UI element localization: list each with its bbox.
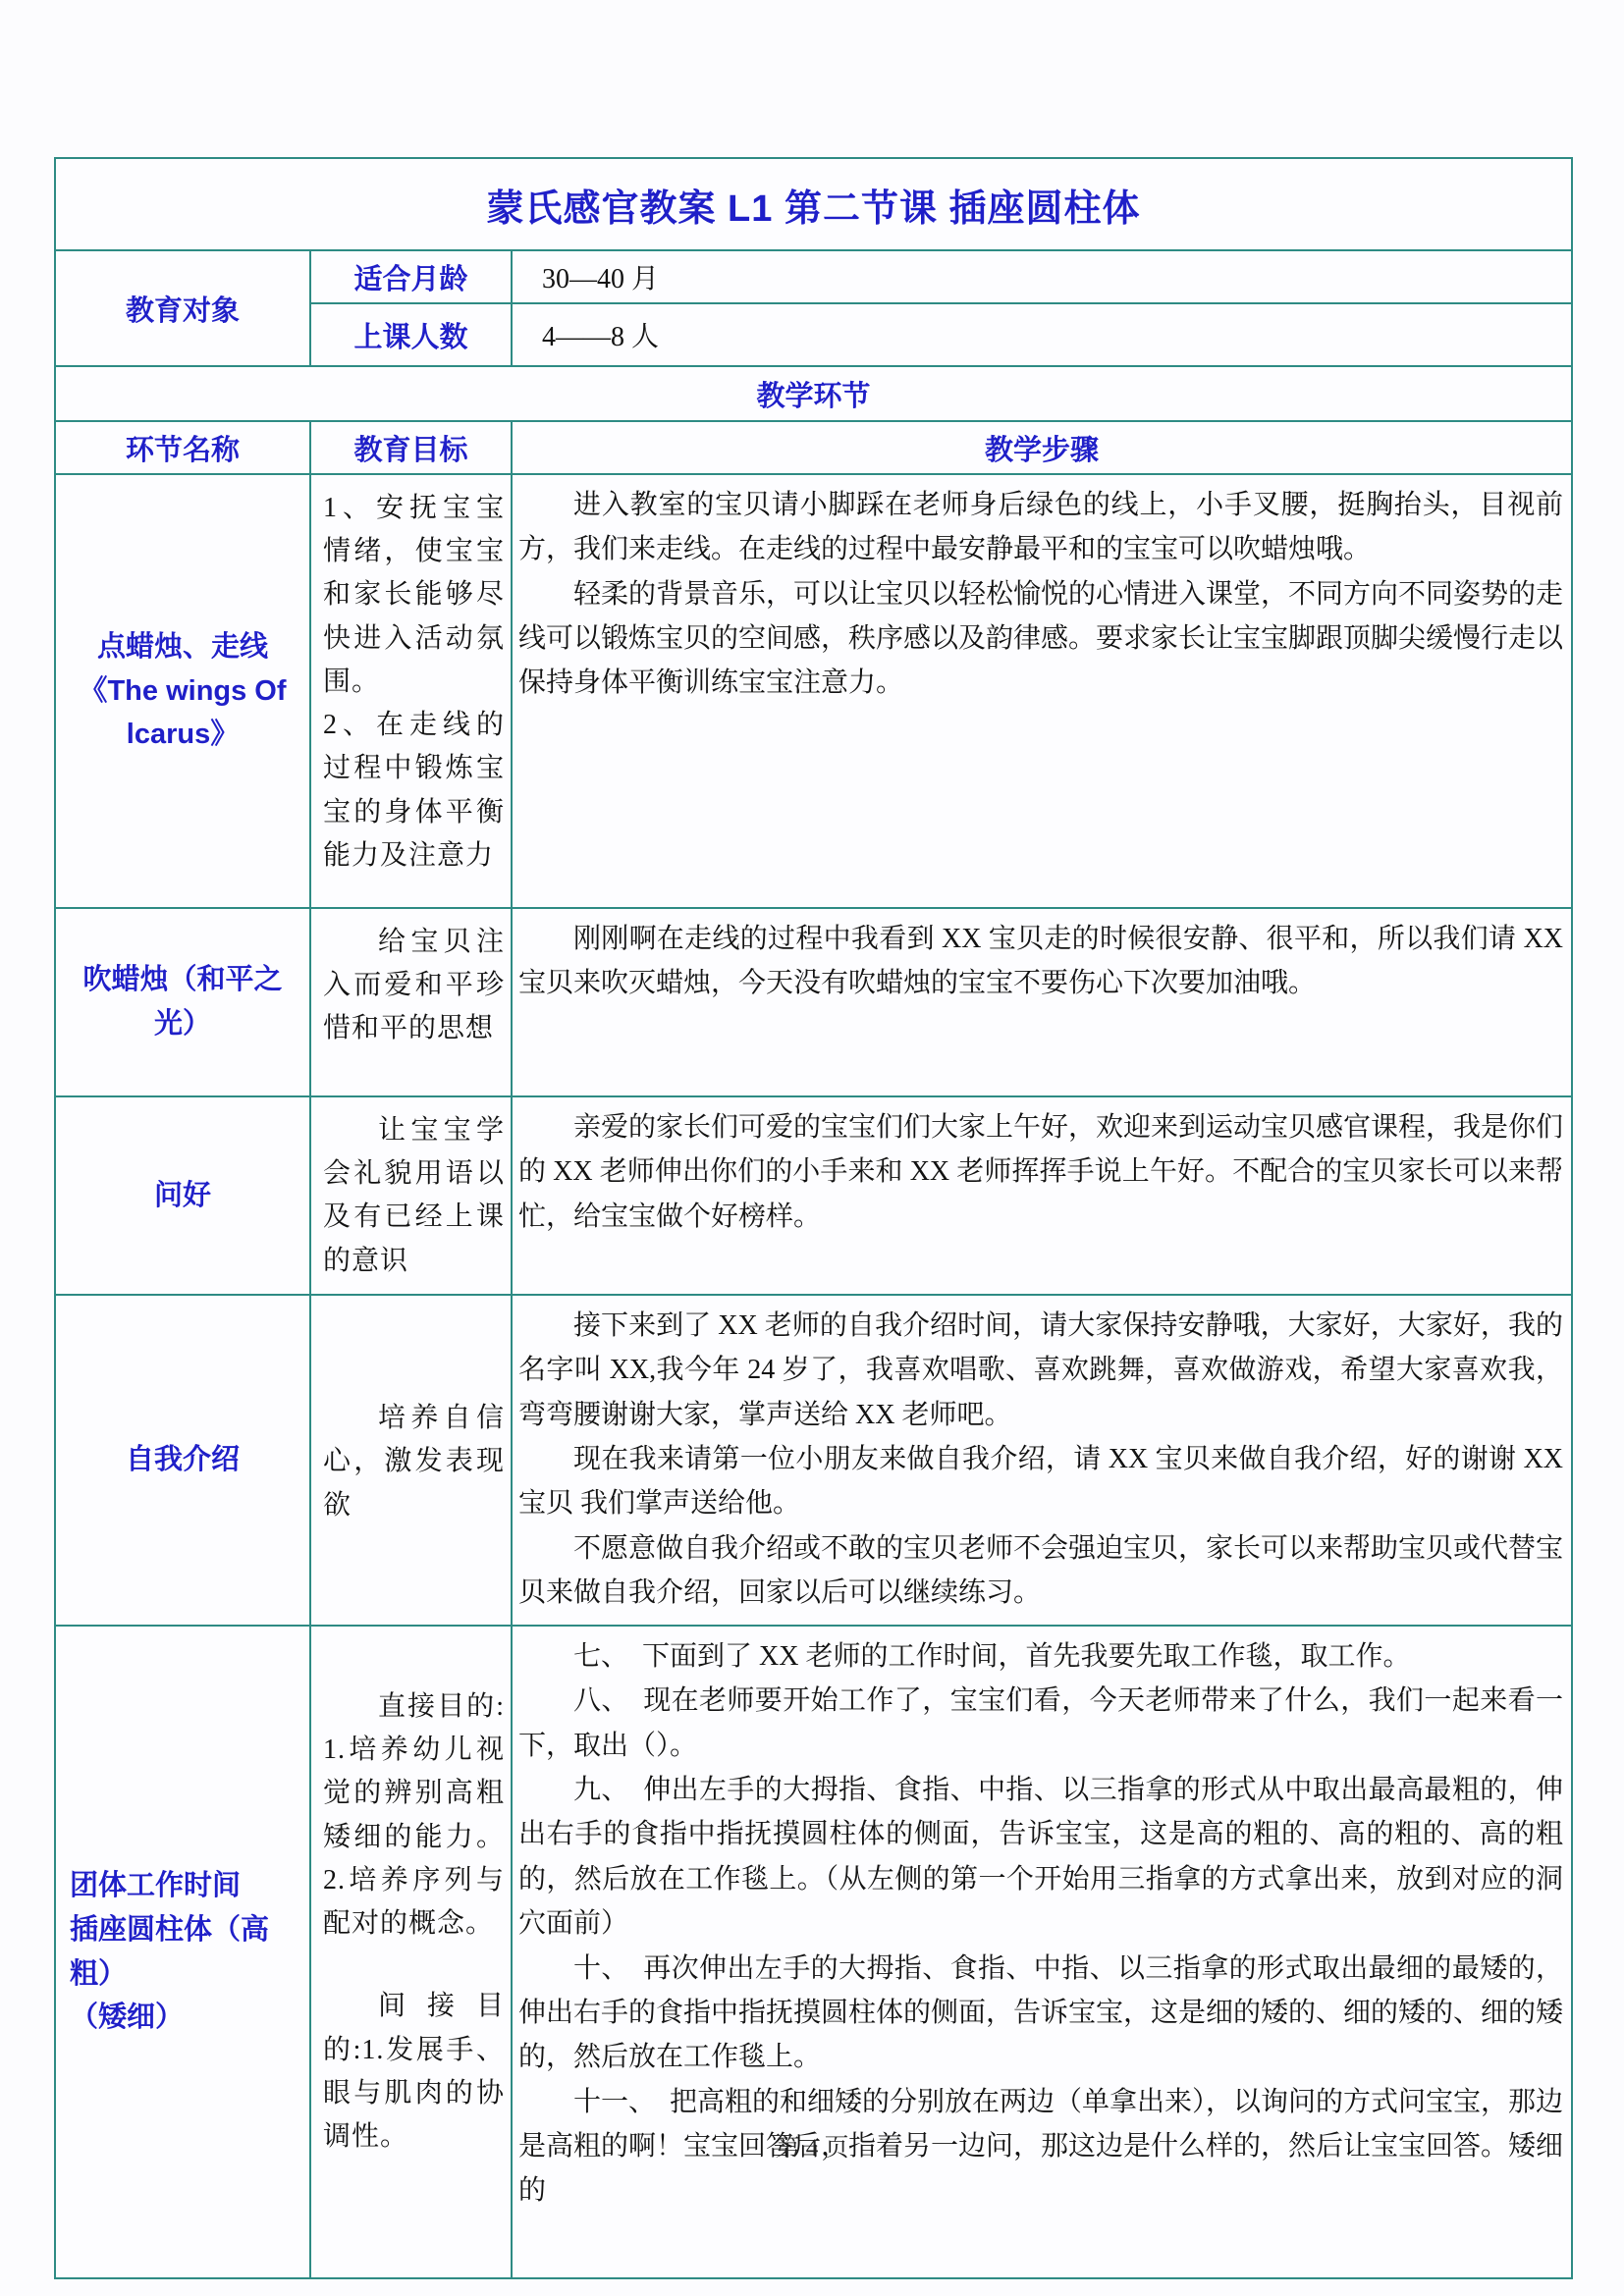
- class-size-label: 上课人数: [310, 303, 512, 366]
- steps-paragraph: 现在我来请第一位小朋友来做自我介绍，请 XX 宝贝来做自我介绍，好的谢谢 XX …: [518, 1437, 1563, 1526]
- lesson-steps: 亲爱的家长们可爱的宝宝们们大家上午好，欢迎来到运动宝贝感官课程，我是你们的 XX…: [512, 1096, 1572, 1295]
- lesson-steps: 刚刚啊在走线的过程中我看到 XX 宝贝走的时候很安静、很平和，所以我们请 XX …: [512, 908, 1572, 1096]
- lesson-row-blow-candle: 吹蜡烛（和平之 光） 给宝贝注入而爱和平珍惜和平的思想 刚刚啊在走线的过程中我看…: [55, 908, 1572, 1096]
- steps-paragraph: 十、 再次伸出左手的大拇指、食指、中指、以三指拿的形式取出最细的最矮的，伸出右手…: [518, 1947, 1563, 2080]
- steps-paragraph: 轻柔的背景音乐，可以让宝贝以轻松愉悦的心情进入课堂，不同方向不同姿势的走线可以锻…: [518, 572, 1563, 706]
- section-title: 教学环节: [55, 366, 1572, 421]
- col-header-steps: 教学步骤: [512, 421, 1572, 474]
- lesson-goal: 直接目的: 1.培养幼儿视觉的辨别高粗矮细的能力。2.培养序列与配对的概念。 间…: [310, 1626, 512, 2278]
- audience-age-row: 教育对象 适合月龄 30—40 月: [55, 250, 1572, 303]
- steps-paragraph: 不愿意做自我介绍或不敢的宝贝老师不会强迫宝贝，家长可以来帮助宝贝或代替宝贝来做自…: [518, 1526, 1563, 1616]
- lesson-row-candle-walking: 点蜡烛、走线 《The wings Of lcarus》 1、安抚宝宝情绪，使宝…: [55, 474, 1572, 908]
- steps-paragraph: 八、 现在老师要开始工作了，宝宝们看，今天老师带来了什么，我们一起来看一下，取出…: [518, 1679, 1563, 1768]
- age-value: 30—40 月: [512, 250, 1572, 303]
- age-label: 适合月龄: [310, 250, 512, 303]
- goal-paragraph: 1、安抚宝宝情绪，使宝宝和家长能够尽快进入活动氛围。: [323, 487, 505, 704]
- title-row: 蒙氏感官教案 L1 第二节课 插座圆柱体: [55, 158, 1572, 250]
- steps-paragraph: 亲爱的家长们可爱的宝宝们们大家上午好，欢迎来到运动宝贝感官课程，我是你们的 XX…: [518, 1105, 1563, 1239]
- lesson-goal: 1、安抚宝宝情绪，使宝宝和家长能够尽快进入活动氛围。 2、在走线的过程中锻炼宝宝…: [310, 474, 512, 908]
- page-title: 蒙氏感官教案 L1 第二节课 插座圆柱体: [55, 158, 1572, 250]
- lesson-name: 自我介绍: [55, 1295, 310, 1626]
- goal-paragraph: 给宝贝注入而爱和平珍惜和平的思想: [323, 921, 505, 1051]
- lesson-name: 问好: [55, 1096, 310, 1295]
- lesson-steps: 接下来到了 XX 老师的自我介绍时间，请大家保持安静哦，大家好，大家好，我的名字…: [512, 1295, 1572, 1626]
- goal-paragraph: 2、在走线的过程中锻炼宝宝的身体平衡能力及注意力: [323, 704, 505, 878]
- lesson-goal: 培养自信心，激发表现欲: [310, 1295, 512, 1626]
- lesson-row-self-introduction: 自我介绍 培养自信心，激发表现欲 接下来到了 XX 老师的自我介绍时间，请大家保…: [55, 1295, 1572, 1626]
- column-header-row: 环节名称 教育目标 教学步骤: [55, 421, 1572, 474]
- steps-paragraph: 九、 伸出左手的大拇指、食指、中指、以三指拿的形式从中取出最高最粗的，伸出右手的…: [518, 1768, 1563, 1946]
- lesson-name: 团体工作时间 插座圆柱体（高 粗） （矮细）: [55, 1626, 310, 2278]
- lesson-name: 点蜡烛、走线 《The wings Of lcarus》: [55, 474, 310, 908]
- goal-paragraph: 让宝宝学会礼貌用语以及有已经上课的意识: [323, 1109, 505, 1283]
- steps-paragraph: 接下来到了 XX 老师的自我介绍时间，请大家保持安静哦，大家好，大家好，我的名字…: [518, 1304, 1563, 1437]
- lesson-goal: 让宝宝学会礼貌用语以及有已经上课的意识: [310, 1096, 512, 1295]
- col-header-name: 环节名称: [55, 421, 310, 474]
- lesson-row-group-work: 团体工作时间 插座圆柱体（高 粗） （矮细） 直接目的: 1.培养幼儿视觉的辨别…: [55, 1626, 1572, 2278]
- document-page: 蒙氏感官教案 L1 第二节课 插座圆柱体 教育对象 适合月龄 30—40 月 上…: [0, 0, 1624, 2296]
- lesson-steps: 七、 下面到了 XX 老师的工作时间，首先我要先取工作毯，取工作。 八、 现在老…: [512, 1626, 1572, 2278]
- page-footer: 第 4 页: [0, 2128, 1624, 2163]
- lesson-row-greeting: 问好 让宝宝学会礼貌用语以及有已经上课的意识 亲爱的家长们可爱的宝宝们们大家上午…: [55, 1096, 1572, 1295]
- audience-label: 教育对象: [55, 250, 310, 366]
- steps-paragraph: 进入教室的宝贝请小脚踩在老师身后绿色的线上，小手叉腰，挺胸抬头，目视前方，我们来…: [518, 483, 1563, 572]
- goal-paragraph: 培养自信心，激发表现欲: [323, 1397, 505, 1527]
- steps-paragraph: 刚刚啊在走线的过程中我看到 XX 宝贝走的时候很安静、很平和，所以我们请 XX …: [518, 917, 1563, 1006]
- class-size-value: 4——8 人: [512, 303, 1572, 366]
- steps-paragraph: 七、 下面到了 XX 老师的工作时间，首先我要先取工作毯，取工作。: [518, 1634, 1563, 1679]
- lesson-goal: 给宝贝注入而爱和平珍惜和平的思想: [310, 908, 512, 1096]
- lesson-name: 吹蜡烛（和平之 光）: [55, 908, 310, 1096]
- col-header-goal: 教育目标: [310, 421, 512, 474]
- lesson-plan-table: 蒙氏感官教案 L1 第二节课 插座圆柱体 教育对象 适合月龄 30—40 月 上…: [54, 157, 1573, 2279]
- lesson-steps: 进入教室的宝贝请小脚踩在老师身后绿色的线上，小手叉腰，挺胸抬头，目视前方，我们来…: [512, 474, 1572, 908]
- section-row: 教学环节: [55, 366, 1572, 421]
- goal-paragraph: 直接目的: 1.培养幼儿视觉的辨别高粗矮细的能力。2.培养序列与配对的概念。: [323, 1685, 505, 1946]
